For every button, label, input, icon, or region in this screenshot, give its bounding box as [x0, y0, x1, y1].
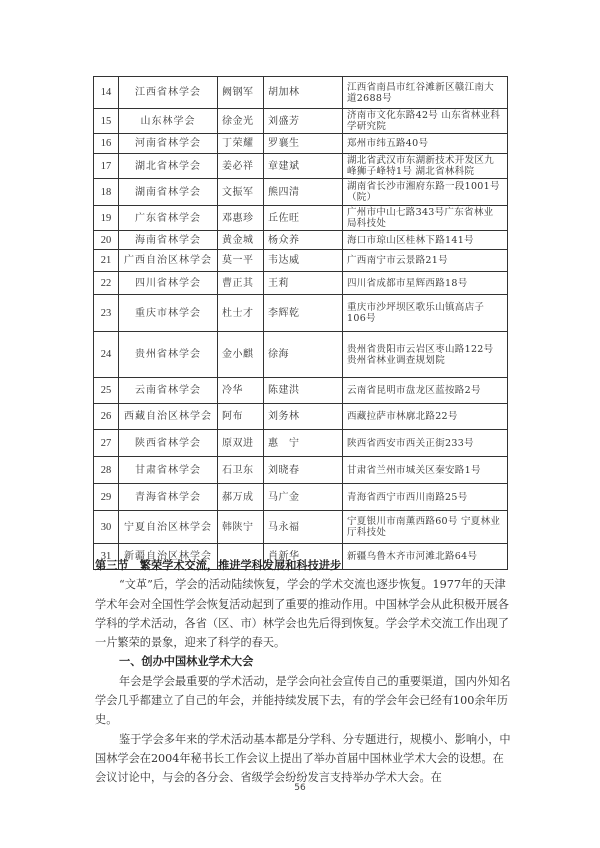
table-row: 23重庆市林学会杜士才李辉乾重庆市沙坪坝区歌乐山镇高店子106号 [94, 295, 508, 332]
secretary: 丘佐旺 [264, 206, 343, 231]
table-row: 21广西自治区林学会莫一平韦达威广西南宁市云景路21号 [94, 250, 508, 272]
secretary: 罗襄生 [264, 134, 343, 154]
address: 江西省南昌市红谷滩新区赣江南大道2688号 [343, 77, 508, 109]
table-row: 27陕西省林学会原双进惠 宁陕西省西安市西关正街233号 [94, 430, 508, 457]
table-row: 28甘肃省林学会石卫东刘晓春甘肃省兰州市城关区秦安路1号 [94, 457, 508, 484]
chairperson: 文振军 [218, 179, 264, 206]
secretary: 熊四清 [264, 179, 343, 206]
secretary: 马广金 [264, 484, 343, 511]
chairperson: 杜士才 [218, 295, 264, 332]
chairperson: 阙钢军 [218, 77, 264, 109]
society-name: 四川省林学会 [119, 272, 218, 295]
secretary: 陈建洪 [264, 378, 343, 404]
society-name: 陕西省林学会 [119, 430, 218, 457]
row-number: 23 [94, 295, 119, 332]
address: 甘肃省兰州市城关区秦安路1号 [343, 457, 508, 484]
address: 四川省成都市星辉西路18号 [343, 272, 508, 295]
row-number: 20 [94, 231, 119, 250]
society-name: 云南省林学会 [119, 378, 218, 404]
table-row: 25云南省林学会冷华陈建洪云南省昆明市盘龙区蓝按路2号 [94, 378, 508, 404]
page-number: 56 [0, 783, 600, 793]
chairperson: 丁荣耀 [218, 134, 264, 154]
row-number: 28 [94, 457, 119, 484]
society-name: 海南省林学会 [119, 231, 218, 250]
section-title: 第三节 繁荣学术交流，推进学科发展和科技进步 [95, 556, 515, 575]
address: 青海省西宁市西川南路25号 [343, 484, 508, 511]
address: 西藏拉萨市林廓北路22号 [343, 404, 508, 430]
paragraph-2: 年会是学会最重要的学术活动，是学会向社会宣传自己的重要渠道，国内外知名学会几乎都… [95, 672, 515, 730]
society-name: 山东林学会 [119, 109, 218, 134]
table-row: 18湖南省林学会文振军熊四清湖南省长沙市湘府东路一段1001号（院） [94, 179, 508, 206]
society-name: 青海省林学会 [119, 484, 218, 511]
row-number: 29 [94, 484, 119, 511]
table-row: 26西藏自治区林学会阿布刘务林西藏拉萨市林廓北路22号 [94, 404, 508, 430]
secretary: 王莉 [264, 272, 343, 295]
secretary: 胡加林 [264, 77, 343, 109]
row-number: 22 [94, 272, 119, 295]
society-name: 江西省林学会 [119, 77, 218, 109]
society-name: 广西自治区林学会 [119, 250, 218, 272]
address: 郑州市纬五路40号 [343, 134, 508, 154]
table-row: 15山东林学会徐金光刘盛芳济南市文化东路42号 山东省林业科学研究院 [94, 109, 508, 134]
row-number: 18 [94, 179, 119, 206]
society-name: 广东省林学会 [119, 206, 218, 231]
chairperson: 石卫东 [218, 457, 264, 484]
row-number: 30 [94, 511, 119, 544]
address: 海口市琼山区桂林下路141号 [343, 231, 508, 250]
society-name: 湖北省林学会 [119, 154, 218, 179]
chairperson: 黄金城 [218, 231, 264, 250]
chairperson: 姜必祥 [218, 154, 264, 179]
address: 宁夏银川市南薰西路60号 宁夏林业厅科技处 [343, 511, 508, 544]
secretary: 刘晓春 [264, 457, 343, 484]
society-name: 重庆市林学会 [119, 295, 218, 332]
table-row: 16河南省林学会丁荣耀罗襄生郑州市纬五路40号 [94, 134, 508, 154]
chairperson: 韩陕宁 [218, 511, 264, 544]
section-body: 第三节 繁荣学术交流，推进学科发展和科技进步 “文革”后，学会的活动陆续恢复，学… [95, 556, 515, 788]
chairperson: 曹正其 [218, 272, 264, 295]
table-row: 14江西省林学会阙钢军胡加林江西省南昌市红谷滩新区赣江南大道2688号 [94, 77, 508, 109]
chairperson: 金小麒 [218, 332, 264, 378]
society-name: 湖南省林学会 [119, 179, 218, 206]
address: 重庆市沙坪坝区歌乐山镇高店子106号 [343, 295, 508, 332]
chairperson: 邓惠珍 [218, 206, 264, 231]
subsection-title: 一、创办中国林业学术大会 [95, 652, 515, 671]
secretary: 徐海 [264, 332, 343, 378]
chairperson: 莫一平 [218, 250, 264, 272]
address: 陕西省西安市西关正街233号 [343, 430, 508, 457]
address: 广州市中山七路343号广东省林业局科技处 [343, 206, 508, 231]
table-row: 20海南省林学会黄金城杨众养海口市琼山区桂林下路141号 [94, 231, 508, 250]
table-row: 29青海省林学会郝万成马广金青海省西宁市西川南路25号 [94, 484, 508, 511]
row-number: 17 [94, 154, 119, 179]
table-row: 17湖北省林学会姜必祥章建斌湖北省武汉市东湖新技术开发区九峰狮子峰特1号 湖北省… [94, 154, 508, 179]
secretary: 杨众养 [264, 231, 343, 250]
address: 贵州省贵阳市云岩区枣山路122号贵州省林业调查规划院 [343, 332, 508, 378]
secretary: 马永福 [264, 511, 343, 544]
row-number: 15 [94, 109, 119, 134]
paragraph-1: “文革”后，学会的活动陆续恢复，学会的学术交流也逐步恢复。1977年的天津学术年… [95, 575, 515, 652]
society-name: 甘肃省林学会 [119, 457, 218, 484]
table-row: 30宁夏自治区林学会韩陕宁马永福宁夏银川市南薰西路60号 宁夏林业厅科技处 [94, 511, 508, 544]
society-name: 西藏自治区林学会 [119, 404, 218, 430]
secretary: 刘盛芳 [264, 109, 343, 134]
secretary: 李辉乾 [264, 295, 343, 332]
society-name: 贵州省林学会 [119, 332, 218, 378]
chairperson: 阿布 [218, 404, 264, 430]
row-number: 19 [94, 206, 119, 231]
address: 广西南宁市云景路21号 [343, 250, 508, 272]
row-number: 21 [94, 250, 119, 272]
chairperson: 原双进 [218, 430, 264, 457]
document-page: 14江西省林学会阙钢军胡加林江西省南昌市红谷滩新区赣江南大道2688号15山东林… [0, 0, 600, 848]
society-name: 宁夏自治区林学会 [119, 511, 218, 544]
chairperson: 郝万成 [218, 484, 264, 511]
address: 济南市文化东路42号 山东省林业科学研究院 [343, 109, 508, 134]
secretary: 韦达威 [264, 250, 343, 272]
paragraph-3: 鉴于学会多年来的学术活动基本都是分学科、分专题进行，规模小、影响小，中国林学会在… [95, 730, 515, 788]
table-row: 19广东省林学会邓惠珍丘佐旺广州市中山七路343号广东省林业局科技处 [94, 206, 508, 231]
address: 云南省昆明市盘龙区蓝按路2号 [343, 378, 508, 404]
row-number: 14 [94, 77, 119, 109]
table-row: 22四川省林学会曹正其王莉四川省成都市星辉西路18号 [94, 272, 508, 295]
row-number: 26 [94, 404, 119, 430]
secretary: 刘务林 [264, 404, 343, 430]
address: 湖北省武汉市东湖新技术开发区九峰狮子峰特1号 湖北省林科院 [343, 154, 508, 179]
row-number: 27 [94, 430, 119, 457]
forestry-society-table: 14江西省林学会阙钢军胡加林江西省南昌市红谷滩新区赣江南大道2688号15山东林… [93, 76, 508, 570]
row-number: 24 [94, 332, 119, 378]
chairperson: 徐金光 [218, 109, 264, 134]
address: 湖南省长沙市湘府东路一段1001号（院） [343, 179, 508, 206]
society-name: 河南省林学会 [119, 134, 218, 154]
chairperson: 冷华 [218, 378, 264, 404]
secretary: 章建斌 [264, 154, 343, 179]
row-number: 16 [94, 134, 119, 154]
row-number: 25 [94, 378, 119, 404]
secretary: 惠 宁 [264, 430, 343, 457]
table-row: 24贵州省林学会金小麒徐海贵州省贵阳市云岩区枣山路122号贵州省林业调查规划院 [94, 332, 508, 378]
